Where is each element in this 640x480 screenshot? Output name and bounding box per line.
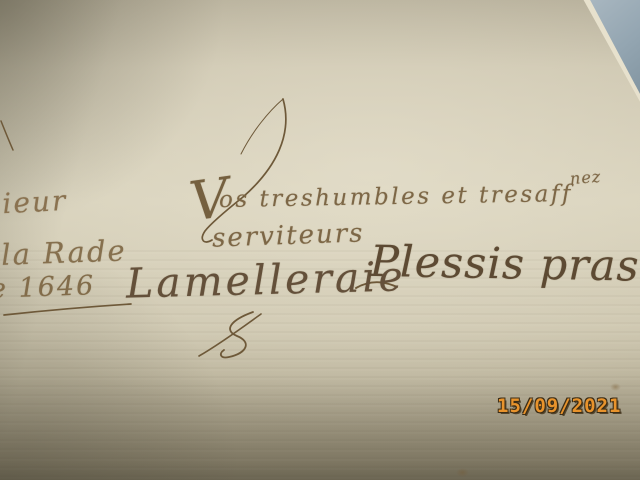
valediction-v-hairline <box>241 99 283 154</box>
paper-stain <box>456 468 469 477</box>
paper-stain <box>610 383 621 391</box>
marginal-line-rade: ala Rade <box>0 233 127 272</box>
left-edge-ink-stroke <box>1 121 13 150</box>
table-surface-corner <box>582 0 640 102</box>
paraph-diagonal <box>199 314 261 356</box>
marginal-line-monsieur: sieur <box>0 184 68 221</box>
camera-date-stamp: 15/09/2021 <box>497 395 621 417</box>
valediction-line-treshumbles: os treshumbles et tresaff <box>219 181 573 213</box>
marginal-line-date-1646: e 1646 <box>0 270 96 305</box>
paraph-s-curve <box>221 312 253 357</box>
signature-plessis-praslin: Plessis praslain <box>370 237 640 293</box>
valediction-line-serviteurs: serviteurs <box>212 218 365 253</box>
signature-la-meilleraie: Lamelleraie <box>125 252 406 307</box>
document-photo: sieur ala Rade e 1646 V os treshumbles e… <box>0 0 640 480</box>
date-underline-stroke <box>4 304 131 315</box>
valediction-superscript-nez: nez <box>569 167 601 188</box>
